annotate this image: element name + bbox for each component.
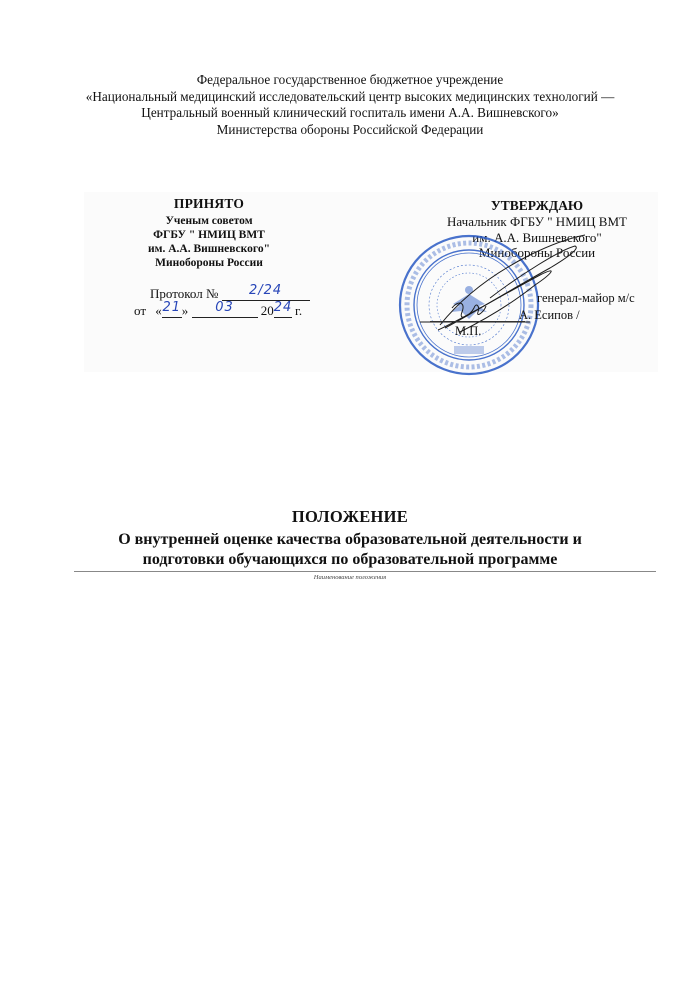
signature-icon bbox=[400, 230, 600, 340]
protocol-label: Протокол № bbox=[150, 286, 218, 301]
document-title-block: ПОЛОЖЕНИЕ О внутренней оценке качества о… bbox=[0, 507, 700, 570]
header-line: Министерства обороны Российской Федераци… bbox=[0, 122, 700, 139]
protocol-date-row: от «21» 03 2024 г. bbox=[134, 303, 310, 320]
year-field: 24 bbox=[274, 303, 292, 318]
signature-line bbox=[430, 321, 525, 322]
accepted-org: Ученым советом ФГБУ " НМИЦ ВМТ им. А.А. … bbox=[84, 214, 334, 270]
day-value: 21 bbox=[162, 300, 181, 315]
document-kind: ПОЛОЖЕНИЕ bbox=[0, 507, 700, 527]
document-name-line: подготовки обучающихся по образовательно… bbox=[0, 550, 700, 570]
accepted-block: ПРИНЯТО Ученым советом ФГБУ " НМИЦ ВМТ и… bbox=[84, 196, 334, 270]
signer-rank: генерал-майор м/с bbox=[537, 291, 635, 306]
year-prefix: 20 bbox=[261, 303, 274, 318]
accepted-org-line: Ученым советом bbox=[84, 214, 334, 228]
header-line: «Национальный медицинский исследовательс… bbox=[0, 89, 700, 106]
month-value: 03 bbox=[215, 300, 234, 315]
accepted-org-line: ФГБУ " НМИЦ ВМТ bbox=[84, 228, 334, 242]
year-value: 24 bbox=[274, 300, 293, 315]
accepted-org-line: им. А.А. Вишневского" bbox=[84, 242, 334, 256]
accepted-org-line: Минобороны России bbox=[84, 256, 334, 270]
accepted-title: ПРИНЯТО bbox=[84, 196, 334, 212]
title-underline bbox=[74, 571, 656, 572]
quote-close: » bbox=[182, 303, 189, 318]
header-line: Центральный военный клинический госпитал… bbox=[0, 105, 700, 122]
year-unit: г. bbox=[295, 303, 302, 318]
approved-line: Начальник ФГБУ " НМИЦ ВМТ bbox=[432, 214, 642, 230]
header-line: Федеральное государственное бюджетное уч… bbox=[0, 72, 700, 89]
day-field: 21 bbox=[162, 303, 182, 318]
protocol-info: Протокол № 2/24 от «21» 03 2024 г. bbox=[150, 286, 310, 320]
protocol-number: 2/24 bbox=[249, 283, 282, 298]
document-name-caption: Наименование положения bbox=[0, 574, 700, 581]
institution-header: Федеральное государственное бюджетное уч… bbox=[0, 72, 700, 138]
document-name: О внутренней оценке качества образовател… bbox=[0, 530, 700, 570]
seal-label: М.П. bbox=[455, 324, 481, 339]
date-prefix: от bbox=[134, 303, 146, 318]
document-name-line: О внутренней оценке качества образовател… bbox=[0, 530, 700, 550]
signer-name: А. Есипов / bbox=[519, 308, 580, 323]
approved-title: УТВЕРЖДАЮ bbox=[432, 198, 642, 214]
month-field: 03 bbox=[192, 303, 258, 318]
protocol-number-field: 2/24 bbox=[222, 286, 310, 301]
